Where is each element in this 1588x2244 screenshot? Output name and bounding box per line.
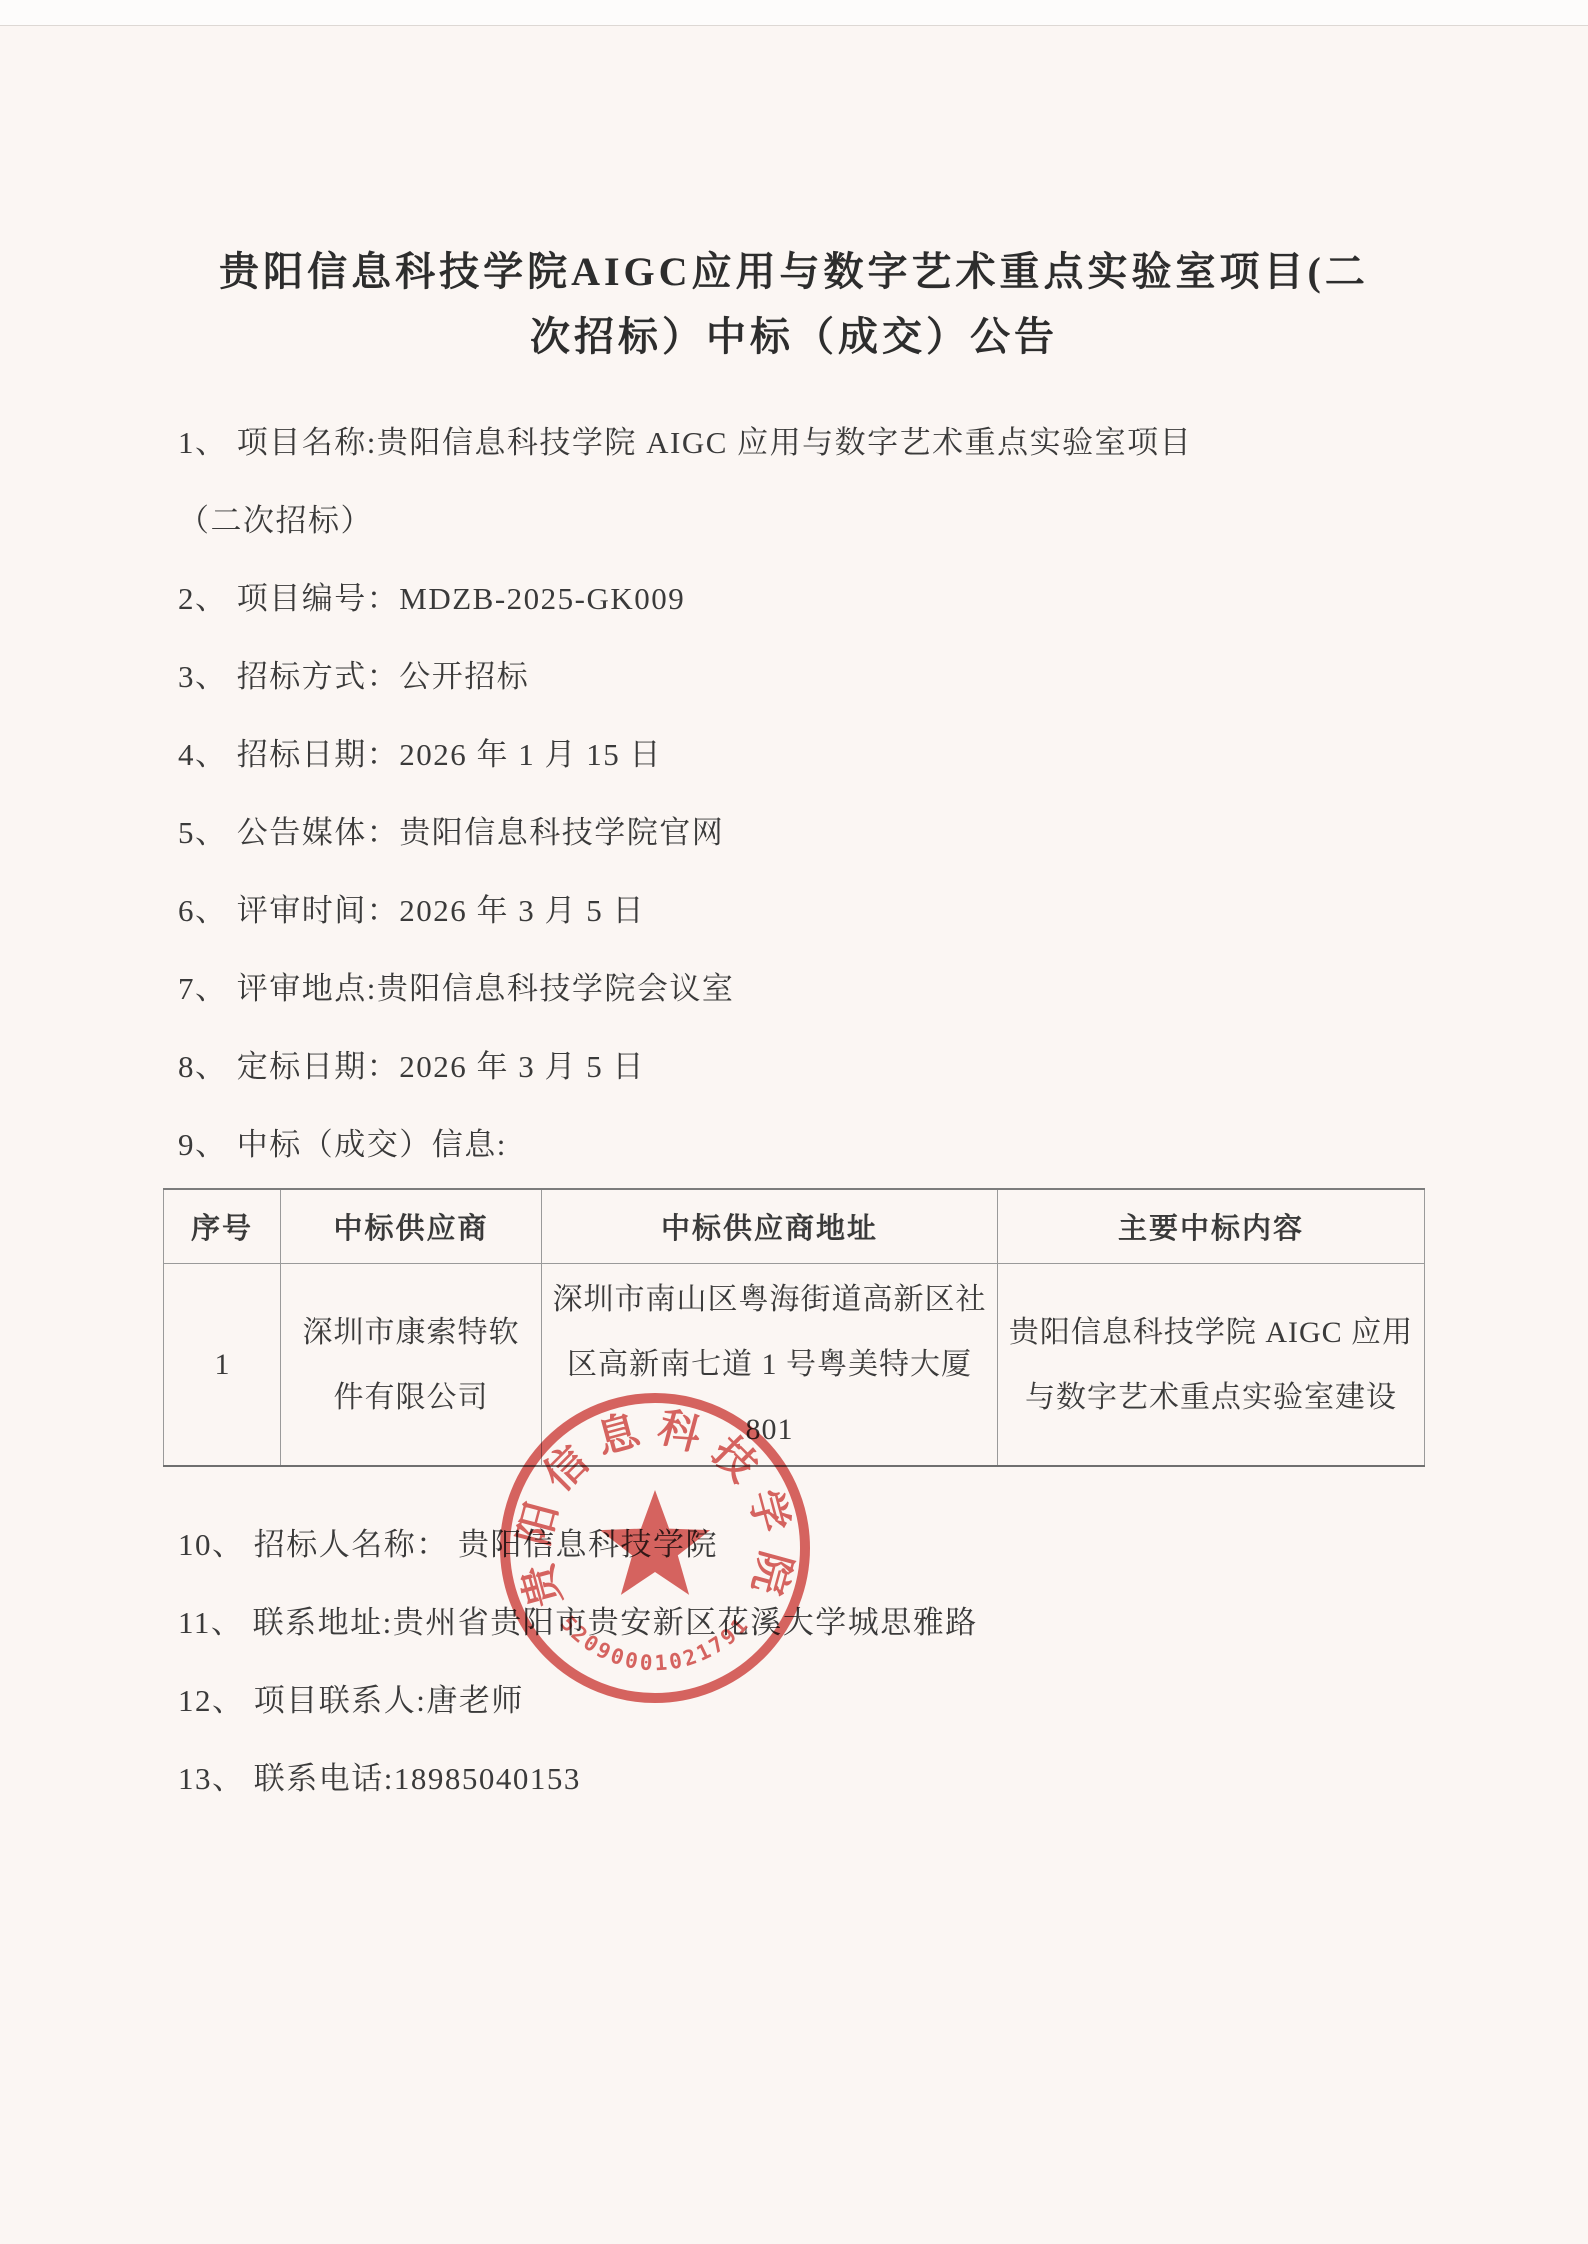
item-award-info: 9、 中标（成交）信息: [178,1106,1478,1184]
item-review-place: 7、 评审地点:贵阳信息科技学院会议室 [178,950,1478,1028]
content-line: 与数字艺术重点实验室建设 [998,1365,1424,1430]
col-header-content: 主要中标内容 [998,1189,1425,1264]
item-contact-phone: 13、 联系电话:18985040153 [178,1740,1478,1818]
item-review-time: 6、 评审时间：2026 年 3 月 5 日 [178,872,1478,950]
cell-address: 深圳市南山区粤海街道高新区社 区高新南七道 1 号粤美特大厦 801 [542,1264,998,1467]
title-line-2: 次招标）中标（成交）公告 [80,304,1508,369]
announcement-items: 1、 项目名称:贵阳信息科技学院 AIGC 应用与数字艺术重点实验室项目 （二次… [178,404,1478,1184]
item-bid-method: 3、 招标方式：公开招标 [178,638,1478,716]
contact-items: 10、 招标人名称： 贵阳信息科技学院 11、 联系地址:贵州省贵阳市贵安新区花… [178,1506,1478,1818]
item-bid-date: 4、 招标日期：2026 年 1 月 15 日 [178,716,1478,794]
item-project-name-wrap: （二次招标） [178,482,1478,560]
scan-edge [0,0,1588,26]
table-row: 1 深圳市康索特软 件有限公司 深圳市南山区粤海街道高新区社 区高新南七道 1 … [164,1264,1425,1467]
cell-index: 1 [164,1264,281,1467]
col-header-supplier: 中标供应商 [281,1189,542,1264]
document-title: 贵阳信息科技学院AIGC应用与数字艺术重点实验室项目(二 次招标）中标（成交）公… [80,239,1508,369]
item-contact-person: 12、 项目联系人:唐老师 [178,1662,1478,1740]
supplier-line: 深圳市康索特软 [281,1300,541,1365]
address-line: 801 [542,1397,997,1462]
table-header-row: 序号 中标供应商 中标供应商地址 主要中标内容 [164,1189,1425,1264]
item-project-number: 2、 项目编号：MDZB-2025-GK009 [178,560,1478,638]
col-header-address: 中标供应商地址 [542,1189,998,1264]
award-table: 序号 中标供应商 中标供应商地址 主要中标内容 1 深圳市康索特软 件有限公司 … [163,1188,1425,1467]
supplier-line: 件有限公司 [281,1365,541,1430]
content-line: 贵阳信息科技学院 AIGC 应用 [998,1300,1424,1365]
title-line-1: 贵阳信息科技学院AIGC应用与数字艺术重点实验室项目(二 [80,239,1508,304]
item-project-name: 1、 项目名称:贵阳信息科技学院 AIGC 应用与数字艺术重点实验室项目 [178,404,1478,482]
document-page: 贵阳信息科技学院AIGC应用与数字艺术重点实验室项目(二 次招标）中标（成交）公… [0,0,1588,2244]
item-purchaser-name: 10、 招标人名称： 贵阳信息科技学院 [178,1506,1478,1584]
cell-content: 贵阳信息科技学院 AIGC 应用 与数字艺术重点实验室建设 [998,1264,1425,1467]
address-line: 区高新南七道 1 号粤美特大厦 [542,1332,997,1397]
address-line: 深圳市南山区粤海街道高新区社 [542,1267,997,1332]
item-contact-address: 11、 联系地址:贵州省贵阳市贵安新区花溪大学城思雅路 [178,1584,1478,1662]
cell-supplier: 深圳市康索特软 件有限公司 [281,1264,542,1467]
col-header-index: 序号 [164,1189,281,1264]
item-announce-media: 5、 公告媒体：贵阳信息科技学院官网 [178,794,1478,872]
item-award-date: 8、 定标日期：2026 年 3 月 5 日 [178,1028,1478,1106]
